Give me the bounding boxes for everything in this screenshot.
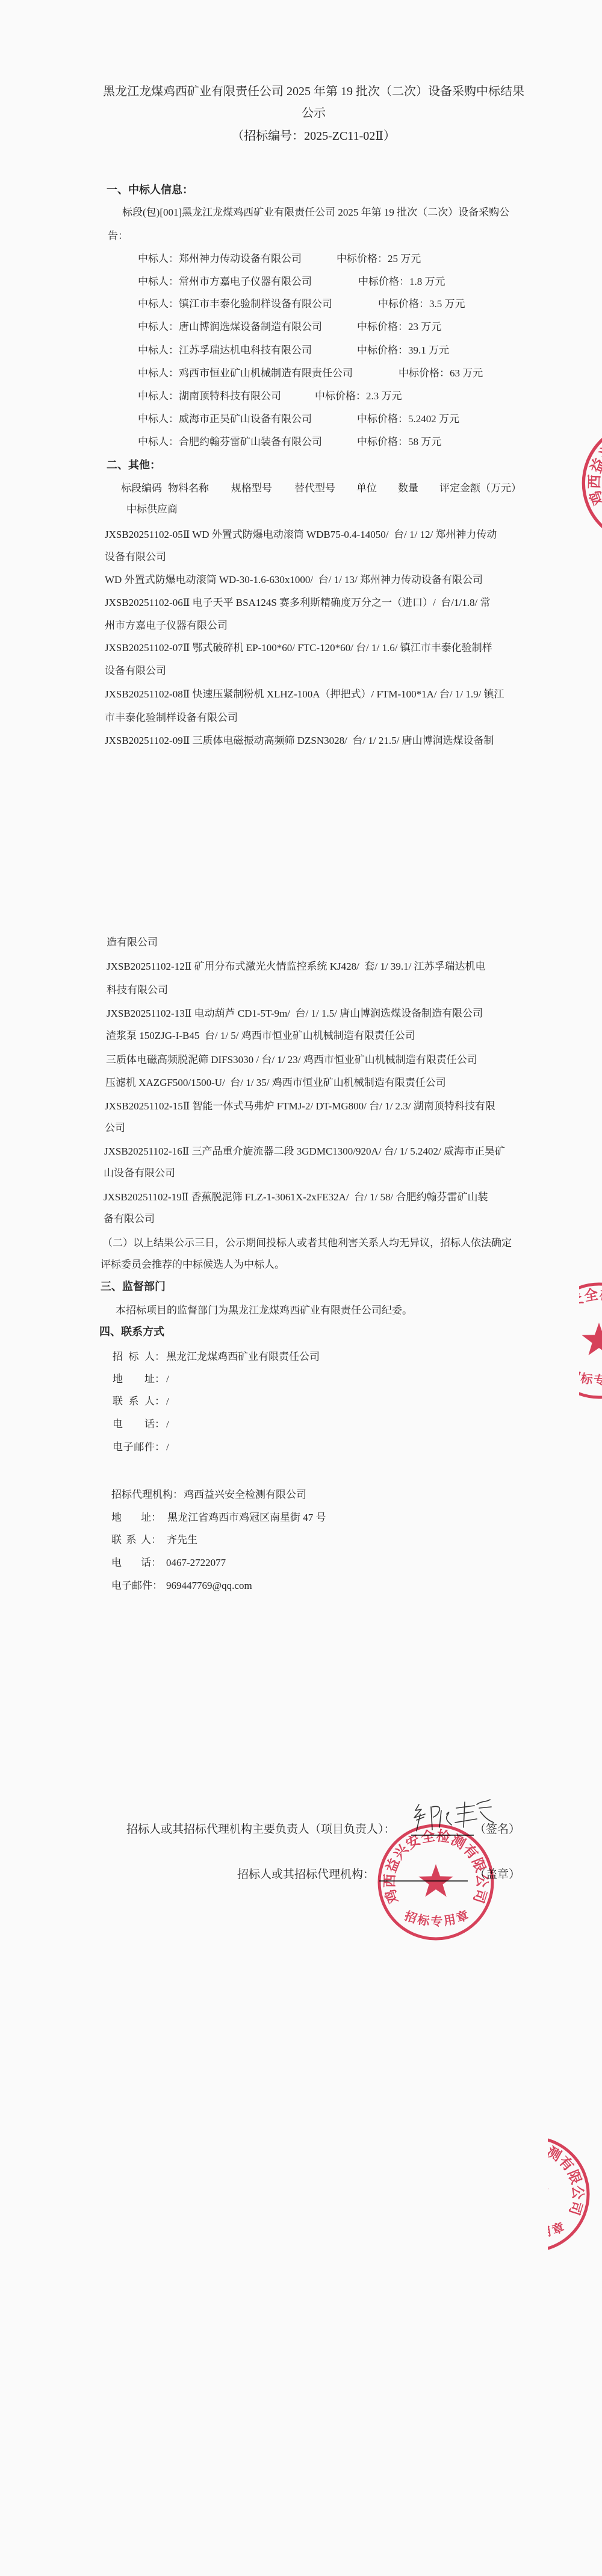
price-label: 中标价格： bbox=[399, 367, 450, 379]
column-header-qty: 数量 bbox=[398, 482, 418, 495]
table-row-cont: 公司 bbox=[105, 1121, 125, 1135]
section1-intro-cont: 告： bbox=[108, 229, 128, 243]
winner-label: 中标人： bbox=[138, 413, 179, 425]
price-value: 2.3 万元 bbox=[366, 390, 402, 402]
table-row: 三质体电磁高频脱泥筛 DIFS3030 / 台/ 1/ 23/ 鸡西市恒业矿山机… bbox=[106, 1053, 477, 1067]
svg-text:招标专用章: 招标专用章 bbox=[548, 2220, 566, 2241]
seam-seal-icon: 鸡西益兴安全检测有限公司 招标专用章 bbox=[580, 420, 602, 546]
winner-row: 中标人：郑州神力传动设备有限公司 bbox=[138, 252, 302, 266]
agency-phone-label: 电话： bbox=[111, 1556, 161, 1570]
winner-name: 鸡西市恒业矿山机械制造有限责任公司 bbox=[179, 367, 353, 379]
price-label: 中标价格： bbox=[357, 413, 408, 425]
winner-row: 中标人：江苏孚瑞达机电科技有限公司 bbox=[138, 344, 312, 357]
table-row-cont: 市丰泰化验制样设备有限公司 bbox=[105, 711, 238, 725]
table-row: JXSB20251102-09Ⅱ 三质体电磁振动高频筛 DZSN3028/ 台/… bbox=[105, 734, 494, 747]
result-note: （二）以上结果公示三日，公示期间投标人或者其他利害关系人均无异议，招标人依法确定 bbox=[102, 1237, 512, 1250]
winner-price: 中标价格：39.1 万元 bbox=[357, 344, 449, 357]
winner-label: 中标人： bbox=[138, 321, 179, 332]
table-row: 渣浆泵 150ZJG-I-B45 台/ 1/ 5/ 鸡西市恒业矿山机械制造有限责… bbox=[106, 1029, 415, 1043]
seam-seal-page2: 鸡西益兴安全检测有限公司 招标专用章 bbox=[579, 1277, 602, 1405]
table-row: WD 外置式防爆电动滚筒 WD-30-1.6-630x1000/ 台/ 1/ 1… bbox=[105, 573, 483, 587]
seam-seal-icon: 鸡西益兴安全检测有限公司 招标专用章 bbox=[579, 1280, 602, 1401]
seam-seal-page1: 鸡西益兴安全检测有限公司 招标专用章 bbox=[577, 420, 602, 546]
winner-name: 威海市正昊矿山设备有限公司 bbox=[179, 413, 312, 425]
winner-name: 郑州神力传动设备有限公司 bbox=[179, 253, 302, 264]
tenderer-address-value: / bbox=[166, 1373, 169, 1386]
svg-text:招标专用章: 招标专用章 bbox=[403, 1908, 470, 1929]
tenderer-email-value: / bbox=[166, 1441, 169, 1454]
price-label: 中标价格： bbox=[357, 436, 408, 448]
winner-row: 中标人：威海市正昊矿山设备有限公司 bbox=[138, 413, 312, 426]
agency-contact-label: 联系人： bbox=[111, 1533, 161, 1547]
winner-name: 唐山博润选煤设备制造有限公司 bbox=[179, 321, 322, 332]
table-row: JXSB20251102-06Ⅱ 电子天平 BSA124S 赛多利斯精确度万分之… bbox=[105, 596, 490, 610]
winner-price: 中标价格：25 万元 bbox=[337, 252, 421, 266]
winner-label: 中标人： bbox=[138, 345, 179, 356]
column-header-amount: 评定金额（万元） bbox=[439, 482, 521, 495]
column-header-lot-code: 标段编码 bbox=[121, 482, 162, 495]
price-value: 39.1 万元 bbox=[408, 345, 449, 356]
agency-phone-value: 0467-2722077 bbox=[166, 1556, 226, 1570]
svg-text:鸡西益兴安全检测有限公司: 鸡西益兴安全检测有限公司 bbox=[586, 426, 602, 508]
table-row: JXSB20251102-19Ⅱ 香蕉脱泥筛 FLZ-1-3061X-2xFE3… bbox=[104, 1191, 488, 1204]
price-value: 5.2402 万元 bbox=[408, 413, 459, 425]
table-row-cont: 州市方嘉电子仪器有限公司 bbox=[105, 619, 228, 632]
price-value: 63 万元 bbox=[450, 367, 483, 379]
organization-label: 招标人或其招标代理机构： bbox=[237, 1868, 374, 1882]
price-value: 25 万元 bbox=[388, 253, 421, 264]
winner-label: 中标人： bbox=[138, 298, 179, 310]
agency-address-value: 黑龙江省鸡西市鸡冠区南星街 47 号 bbox=[167, 1511, 326, 1524]
table-row-cont: 造有限公司 bbox=[107, 936, 158, 949]
agency-address-label: 地址： bbox=[111, 1511, 161, 1524]
tenderer-address-label: 地址： bbox=[113, 1373, 165, 1386]
table-row: 压滤机 XAZGF500/1500-U/ 台/ 1/ 35/ 鸡西市恒业矿山机械… bbox=[105, 1076, 446, 1090]
table-row: JXSB20251102-16Ⅱ 三产品重介旋流器二段 3GDMC1300/92… bbox=[104, 1145, 505, 1158]
winner-name: 镇江市丰泰化验制样设备有限公司 bbox=[179, 298, 332, 310]
winner-price: 中标价格：3.5 万元 bbox=[378, 298, 465, 311]
tenderer-phone-label: 电话： bbox=[113, 1418, 165, 1431]
table-row: JXSB20251102-12Ⅱ 矿用分布式激光火情监控系统 KJ428/ 套/… bbox=[107, 960, 486, 973]
winner-label: 中标人： bbox=[138, 367, 179, 379]
tenderer-phone-value: / bbox=[166, 1418, 169, 1431]
winner-price: 中标价格：5.2402 万元 bbox=[357, 413, 459, 426]
winner-row: 中标人：鸡西市恒业矿山机械制造有限责任公司 bbox=[138, 367, 353, 380]
table-row: JXSB20251102-08Ⅱ 快速压紧制粉机 XLHZ-100A（押把式）/… bbox=[105, 688, 504, 701]
column-header-material: 物料名称 bbox=[168, 482, 209, 495]
winner-price: 中标价格：23 万元 bbox=[357, 320, 441, 334]
column-header-alt-model: 替代型号 bbox=[294, 482, 335, 495]
result-note-cont: 评标委员会推荐的中标候选人为中标人。 bbox=[101, 1258, 285, 1271]
price-value: 3.5 万元 bbox=[429, 298, 465, 310]
winner-price: 中标价格：1.8 万元 bbox=[358, 275, 445, 288]
table-row: JXSB20251102-13Ⅱ 电动葫芦 CD1-5T-9m/ 台/ 1/ 1… bbox=[107, 1007, 483, 1020]
seal-bottom-text: 招标专用章 bbox=[403, 1908, 470, 1929]
seam-seal-page3: 鸡西益兴安全检测有限公司 招标专用章 bbox=[548, 2132, 602, 2256]
price-label: 中标价格： bbox=[358, 276, 409, 287]
winner-label: 中标人： bbox=[138, 390, 179, 402]
price-value: 23 万元 bbox=[408, 321, 441, 332]
winner-name: 常州市方嘉电子仪器有限公司 bbox=[179, 276, 312, 287]
table-row-cont: 设备有限公司 bbox=[105, 550, 166, 564]
section-heading-other: 二、其他： bbox=[107, 458, 161, 473]
column-header-spec: 规格型号 bbox=[231, 482, 272, 495]
section-heading-winners: 一、中标人信息： bbox=[107, 183, 193, 198]
winner-label: 中标人： bbox=[138, 276, 179, 287]
agency-email-label: 电子邮件： bbox=[111, 1579, 163, 1592]
table-row-cont: 山设备有限公司 bbox=[104, 1167, 175, 1180]
tenderer-name-value: 黑龙江龙煤鸡西矿业有限责任公司 bbox=[166, 1350, 320, 1364]
price-label: 中标价格： bbox=[378, 298, 429, 310]
section1-intro: 标段(包)[001]黑龙江龙煤鸡西矿业有限责任公司 2025 年第 19 批次（… bbox=[122, 206, 509, 219]
price-label: 中标价格： bbox=[337, 253, 388, 264]
tenderer-contact-label: 联系人： bbox=[113, 1395, 165, 1408]
winner-name: 合肥约翰芬雷矿山装备有限公司 bbox=[179, 436, 322, 448]
winner-price: 中标价格：63 万元 bbox=[399, 367, 483, 380]
agency-name-label: 招标代理机构： bbox=[111, 1488, 183, 1502]
winner-row: 中标人：常州市方嘉电子仪器有限公司 bbox=[138, 275, 312, 288]
svg-text:招标专用章: 招标专用章 bbox=[579, 1367, 602, 1388]
table-row-cont: 设备有限公司 bbox=[105, 664, 166, 678]
winner-label: 中标人： bbox=[138, 436, 179, 448]
price-label: 中标价格： bbox=[357, 345, 408, 356]
winner-row: 中标人：合肥约翰芬雷矿山装备有限公司 bbox=[138, 435, 322, 449]
section-heading-contact: 四、联系方式 bbox=[99, 1325, 164, 1339]
column-header-supplier: 中标供应商 bbox=[126, 503, 178, 516]
winner-name: 湖南顶特科技有限公司 bbox=[179, 390, 281, 402]
document-title: 黑龙江龙煤鸡西矿业有限责任公司 2025 年第 19 批次（二次）设备采购中标结… bbox=[13, 84, 602, 99]
winner-label: 中标人： bbox=[138, 253, 179, 264]
document-page: 黑龙江龙煤鸡西矿业有限责任公司 2025 年第 19 批次（二次）设备采购中标结… bbox=[0, 0, 602, 2576]
price-value: 58 万元 bbox=[408, 436, 441, 448]
table-row: JXSB20251102-07Ⅱ 鄂式破碎机 EP-100*60/ FTC-12… bbox=[105, 641, 492, 655]
winner-row: 中标人：镇江市丰泰化验制样设备有限公司 bbox=[138, 298, 332, 311]
supervision-text: 本招标项目的监督部门为黑龙江龙煤鸡西矿业有限责任公司纪委。 bbox=[116, 1304, 412, 1317]
table-row: JXSB20251102-05Ⅱ WD 外置式防爆电动滚筒 WDB75-0.4-… bbox=[105, 528, 497, 541]
agency-email-value: 969447769@qq.com bbox=[166, 1579, 252, 1592]
agency-contact-value: 齐先生 bbox=[167, 1533, 197, 1547]
official-seal-icon: 鸡西益兴安全检测有限公司 招标专用章 bbox=[376, 1822, 496, 1942]
responsible-person-label: 招标人或其招标代理机构主要负责人（项目负责人）： bbox=[126, 1823, 396, 1837]
winner-row: 中标人：湖南顶特科技有限公司 bbox=[138, 390, 281, 403]
winner-price: 中标价格：58 万元 bbox=[357, 435, 441, 449]
price-label: 中标价格： bbox=[315, 390, 366, 402]
tenderer-contact-value: / bbox=[166, 1395, 169, 1408]
section-heading-supervision: 三、监督部门 bbox=[101, 1280, 166, 1294]
winner-row: 中标人：唐山博润选煤设备制造有限公司 bbox=[138, 320, 322, 334]
tenderer-email-label: 电子邮件： bbox=[113, 1441, 165, 1454]
price-label: 中标价格： bbox=[357, 321, 408, 332]
seal-star-icon bbox=[418, 1864, 453, 1897]
table-row-cont: 备有限公司 bbox=[104, 1212, 155, 1226]
price-value: 1.8 万元 bbox=[409, 276, 445, 287]
column-header-unit: 单位 bbox=[356, 482, 377, 495]
table-row-cont: 科技有限公司 bbox=[107, 984, 168, 997]
winner-name: 江苏孚瑞达机电科技有限公司 bbox=[179, 345, 312, 356]
table-row: JXSB20251102-15Ⅱ 智能一体式马弗炉 FTMJ-2/ DT-MG8… bbox=[105, 1100, 495, 1113]
document-title-suffix: 公示 bbox=[13, 105, 602, 121]
agency-name-value: 鸡西益兴安全检测有限公司 bbox=[184, 1488, 306, 1502]
seam-seal-icon: 鸡西益兴安全检测有限公司 招标专用章 bbox=[548, 2134, 592, 2254]
winner-price: 中标价格：2.3 万元 bbox=[315, 390, 402, 403]
tenderer-name-label: 招标人： bbox=[113, 1350, 165, 1364]
tender-number: （招标编号：2025-ZC11-02Ⅱ） bbox=[13, 128, 602, 144]
